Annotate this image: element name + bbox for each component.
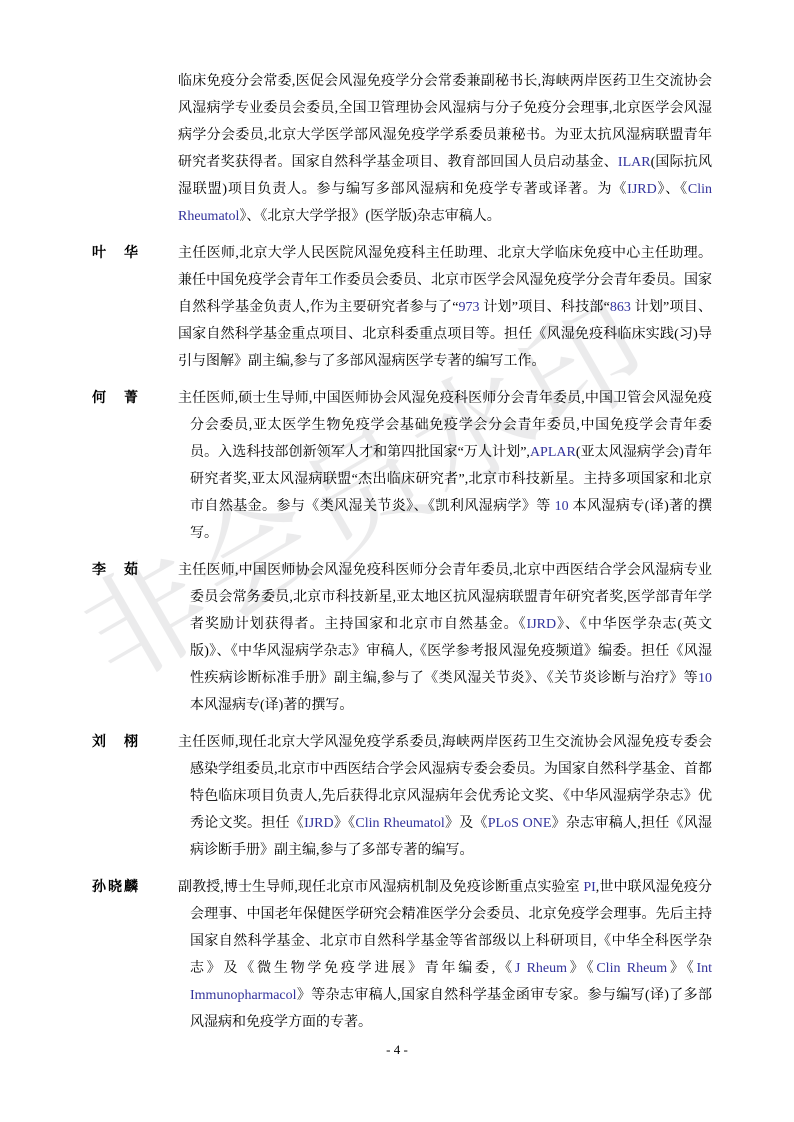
person-bio: 主任医师,北京大学人民医院风湿免疫科主任助理、北京大学临床免疫中心主任助理。兼任…	[178, 240, 712, 375]
latin-text: PI	[583, 880, 595, 895]
latin-text: IJRD	[304, 816, 334, 831]
bio-entry: 刘栩主任医师,现任北京大学风湿免疫学系委员,海峡两岸医药卫生交流协会风湿免疫专委…	[92, 729, 712, 864]
continuation-paragraph: 临床免疫分会常委,医促会风湿免疫学分会常委兼副秘书长,海峡两岸医药卫生交流协会风…	[178, 68, 712, 230]
document-page: 非会员水印 临床免疫分会常委,医促会风湿免疫学分会常委兼副秘书长,海峡两岸医药卫…	[0, 0, 794, 1122]
person-name: 何菁	[92, 385, 138, 547]
latin-text: IJRD	[627, 182, 657, 197]
person-name: 孙晓麟	[92, 874, 138, 1036]
bio-entry: 叶华主任医师,北京大学人民医院风湿免疫科主任助理、北京大学临床免疫中心主任助理。…	[92, 240, 712, 375]
latin-text: 973	[459, 300, 480, 315]
bio-entries: 叶华主任医师,北京大学人民医院风湿免疫科主任助理、北京大学临床免疫中心主任助理。…	[92, 240, 712, 1036]
bio-entry: 李茹主任医师,中国医师协会风湿免疫科医师分会青年委员,北京中西医结合学会风湿病专…	[92, 557, 712, 719]
latin-text: J Rheum	[515, 961, 567, 976]
content-area: 临床免疫分会常委,医促会风湿免疫学分会常委兼副秘书长,海峡两岸医药卫生交流协会风…	[92, 68, 712, 1036]
person-bio: 主任医师,现任北京大学风湿免疫学系委员,海峡两岸医药卫生交流协会风湿免疫专委会感…	[178, 729, 712, 864]
latin-text: IJRD	[527, 617, 557, 632]
latin-text: APLAR	[530, 445, 576, 460]
person-name: 李茹	[92, 557, 138, 719]
page-number: - 4 -	[0, 1042, 794, 1058]
latin-text: ILAR	[618, 155, 651, 170]
bio-entry: 孙晓麟副教授,博士生导师,现任北京市风湿病机制及免疫诊断重点实验室 PI,世中联…	[92, 874, 712, 1036]
latin-text: PLoS ONE	[488, 816, 552, 831]
person-bio: 副教授,博士生导师,现任北京市风湿病机制及免疫诊断重点实验室 PI,世中联风湿免…	[178, 874, 712, 1036]
bio-entry: 何菁主任医师,硕士生导师,中国医师协会风湿免疫科医师分会青年委员,中国卫管会风湿…	[92, 385, 712, 547]
person-name: 刘栩	[92, 729, 138, 864]
person-bio: 主任医师,硕士生导师,中国医师协会风湿免疫科医师分会青年委员,中国卫管会风湿免疫…	[178, 385, 712, 547]
latin-text: Clin Rheumatol	[355, 816, 444, 831]
person-bio: 主任医师,中国医师协会风湿免疫科医师分会青年委员,北京中西医结合学会风湿病专业委…	[178, 557, 712, 719]
latin-text: 10	[555, 499, 569, 514]
latin-text: Clin Rheum	[596, 961, 667, 976]
latin-text: 10	[698, 671, 712, 686]
latin-text: 863	[610, 300, 631, 315]
person-name: 叶华	[92, 240, 138, 375]
